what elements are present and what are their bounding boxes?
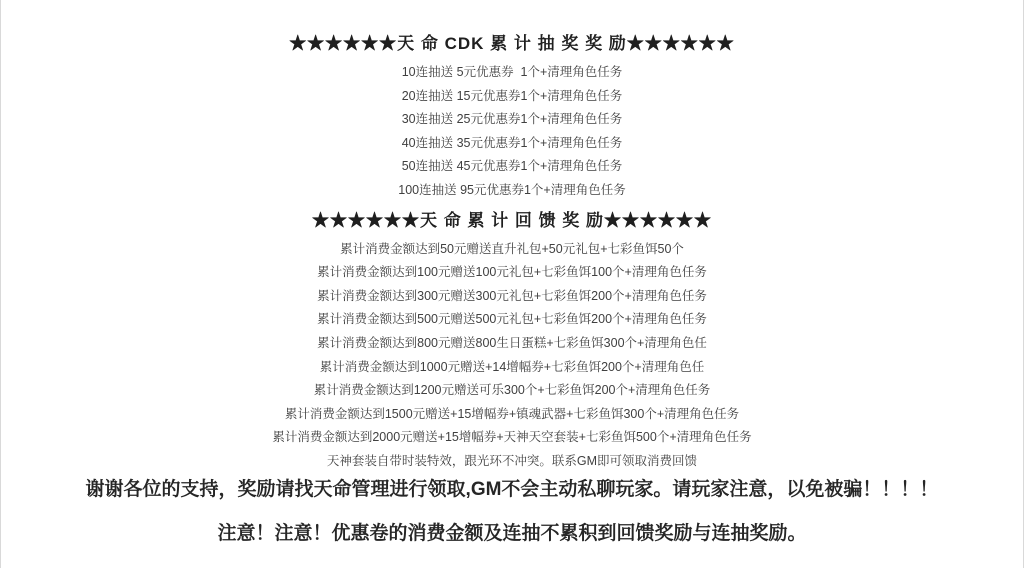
support-notice: 谢谢各位的支持，奖励请找天命管理进行领取,GM不会主动私聊玩家。请玩家注意，以免…	[1, 474, 1023, 503]
cdk-rewards-list: 10连抽送 5元优惠券 1个+清理角色任务 20连抽送 15元优惠券1个+清理角…	[1, 55, 1023, 203]
feedback-rewards-title: ★★★★★★天 命 累 计 回 馈 奖 励★★★★★★	[1, 203, 1023, 232]
cdk-reward-line: 10连抽送 5元优惠券 1个+清理角色任务	[1, 61, 1023, 85]
feedback-reward-line: 累计消费金额达到1000元赠送+14增幅券+七彩鱼饵200个+清理角色任	[1, 356, 1023, 380]
warning-notice: 注意！注意！优惠卷的消费金额及连抽不累积到回馈奖励与连抽奖励。	[1, 503, 1023, 547]
cdk-reward-line: 30连抽送 25元优惠券1个+清理角色任务	[1, 108, 1023, 132]
feedback-rewards-list: 累计消费金额达到50元赠送直升礼包+50元礼包+七彩鱼饵50个 累计消费金额达到…	[1, 232, 1023, 474]
feedback-reward-line: 累计消费金额达到50元赠送直升礼包+50元礼包+七彩鱼饵50个	[1, 238, 1023, 262]
cdk-reward-line: 100连抽送 95元优惠券1个+清理角色任务	[1, 179, 1023, 203]
feedback-reward-line: 累计消费金额达到300元赠送300元礼包+七彩鱼饵200个+清理角色任务	[1, 285, 1023, 309]
feedback-reward-line: 天神套装自带时装特效，跟光环不冲突。联系GM即可领取消费回馈	[1, 450, 1023, 474]
cdk-reward-line: 20连抽送 15元优惠券1个+清理角色任务	[1, 85, 1023, 109]
feedback-reward-line: 累计消费金额达到2000元赠送+15增幅券+天神天空套装+七彩鱼饵500个+清理…	[1, 426, 1023, 450]
feedback-reward-line: 累计消费金额达到500元赠送500元礼包+七彩鱼饵200个+清理角色任务	[1, 308, 1023, 332]
cdk-reward-line: 40连抽送 35元优惠券1个+清理角色任务	[1, 132, 1023, 156]
feedback-reward-line: 累计消费金额达到800元赠送800生日蛋糕+七彩鱼饵300个+清理角色任	[1, 332, 1023, 356]
feedback-reward-line: 累计消费金额达到1200元赠送可乐300个+七彩鱼饵200个+清理角色任务	[1, 379, 1023, 403]
cdk-reward-line: 50连抽送 45元优惠券1个+清理角色任务	[1, 155, 1023, 179]
announcement-page: ★★★★★★天 命 CDK 累 计 抽 奖 奖 励★★★★★★ 10连抽送 5元…	[0, 0, 1024, 568]
feedback-reward-line: 累计消费金额达到100元赠送100元礼包+七彩鱼饵100个+清理角色任务	[1, 261, 1023, 285]
feedback-reward-line: 累计消费金额达到1500元赠送+15增幅券+镇魂武器+七彩鱼饵300个+清理角色…	[1, 403, 1023, 427]
cdk-rewards-title: ★★★★★★天 命 CDK 累 计 抽 奖 奖 励★★★★★★	[1, 0, 1023, 55]
